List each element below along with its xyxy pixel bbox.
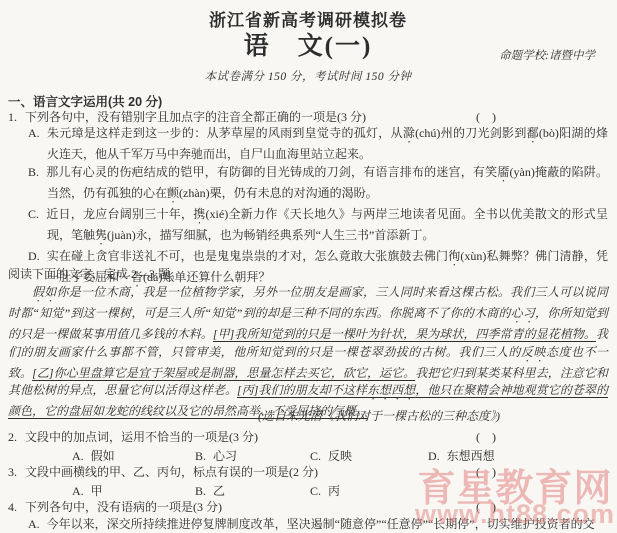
q3-option-a: A.甲 xyxy=(72,482,195,499)
option-b-label: B. xyxy=(28,165,39,179)
paper-subtitle: 本试卷满分 150 分，考试时间 150 分钟 xyxy=(8,68,608,84)
option-b: B.那儿有心灵的伤疤结成的铠甲，有防御的目光铸成的刀剑，有语言排布的迷宫，有笑靥… xyxy=(8,164,608,206)
question-1-stem: 1.下列各句中，没有错别字且加点字的注音全都正确的一项是(3 分) ( ) xyxy=(8,109,608,125)
answer-bracket-q2: ( ) xyxy=(476,429,496,445)
question-4-number: 4. xyxy=(8,500,17,514)
option-c: C.近日，龙应台阔别三十年，携(xié)全新力作《天长地久》与两岸三地读者见面。… xyxy=(8,206,608,248)
q2-option-a-label: A. xyxy=(72,449,84,463)
question-4-options: A.今年以来，深交所持续推进停复牌制度改革，坚决遏制“随意停”“任意停”“长期停… xyxy=(8,516,608,533)
option-c-label: C. xyxy=(28,207,39,221)
school-label: 命题学校:诸暨中学 xyxy=(499,47,595,63)
question-3-stem: 3.文段中画横线的甲、乙、丙句，标点有误的一项是(2 分) ( ) xyxy=(8,464,608,480)
q2-option-d-text: 东想西想 xyxy=(447,449,495,463)
q2-option-d-label: D. xyxy=(428,449,440,463)
answer-bracket-q1: ( ) xyxy=(476,109,496,125)
section-heading: 一、语言文字运用(共 20 分) xyxy=(8,92,608,110)
question-4-text: 下列各句中，没有语病的一项是(3 分) xyxy=(25,500,222,514)
question-3-options: A.甲B.乙C.丙 xyxy=(8,482,608,499)
answer-bracket-q3: ( ) xyxy=(476,464,496,480)
question-2-text: 文段中的加点词，运用不恰当的一项是(3 分) xyxy=(25,430,258,444)
option-b-text: 那儿有心灵的伤疤结成的铠甲，有防御的目光铸成的刀剑，有语言排布的迷宫，有笑靥(y… xyxy=(46,165,608,200)
q3-option-a-label: A. xyxy=(72,484,84,498)
passage-attribution: (选自朱光潜《我们对于一棵古松的三种态度》) xyxy=(8,407,608,424)
question-4-stem: 4.下列各句中，没有语病的一项是(3 分) ( ) xyxy=(8,499,608,515)
option-a: A.朱元璋是这样走到这一步的：从茅草屋的风雨到皇觉寺的孤灯，从滁(chú)州的刀… xyxy=(8,125,608,164)
q4-option-a-text: 今年以来，深交所持续推进停复牌制度改革，坚决遏制“随意停”“任意停”“长期停”，… xyxy=(47,517,595,531)
q3-option-b: B.乙 xyxy=(195,482,310,499)
option-c-text: 近日，龙应台阔别三十年，携(xié)全新力作《天长地久》与两岸三地读者见面。全书… xyxy=(46,207,608,242)
q2-option-a-text: 假如 xyxy=(91,449,115,463)
q3-option-a-text: 甲 xyxy=(91,484,103,498)
question-2-stem: 2.文段中的加点词，运用不恰当的一项是(3 分) ( ) xyxy=(8,429,608,445)
q2-option-d: D.东想西想 xyxy=(428,447,495,464)
q2-option-c-label: C. xyxy=(310,449,321,463)
q4-option-a: A.今年以来，深交所持续推进停复牌制度改革，坚决遏制“随意停”“任意停”“长期停… xyxy=(8,516,608,533)
reading-intro: 阅读下面的文字，完成 2—3 题。 xyxy=(8,265,608,282)
q2-option-a: A.假如 xyxy=(72,447,195,464)
q2-option-b: B.心习 xyxy=(195,447,310,464)
answer-bracket-q4: ( ) xyxy=(476,499,496,515)
question-1-text: 下列各句中，没有错别字且加点字的注音全都正确的一项是(3 分) xyxy=(25,110,366,124)
q2-option-b-label: B. xyxy=(195,449,206,463)
q3-option-c-label: C. xyxy=(310,484,321,498)
question-2-number: 2. xyxy=(8,430,17,444)
question-1-number: 1. xyxy=(8,110,17,124)
question-2-options: A.假如B.心习C.反映D.东想西想 xyxy=(8,447,608,464)
q2-option-b-text: 心习 xyxy=(213,449,237,463)
q3-option-b-text: 乙 xyxy=(213,484,225,498)
exam-paper-page: 浙江省新高考调研模拟卷 语 文(一) 命题学校:诸暨中学 本试卷满分 150 分… xyxy=(0,0,617,533)
q3-option-b-label: B. xyxy=(195,484,206,498)
option-a-label: A. xyxy=(28,126,40,140)
q2-option-c-text: 反映 xyxy=(328,449,352,463)
q3-option-c-text: 丙 xyxy=(328,484,340,498)
q3-option-c: C.丙 xyxy=(310,482,428,499)
question-3-text: 文段中画横线的甲、乙、丙句，标点有误的一项是(2 分) xyxy=(25,465,318,479)
reading-passage: 假如你是一位木商，我是一位植物学家，另外一位朋友是画家，三人同时来看这棵古松。我… xyxy=(8,284,608,421)
option-d-label: D. xyxy=(28,249,40,263)
question-3-number: 3. xyxy=(8,465,17,479)
q4-option-a-label: A. xyxy=(28,517,40,531)
q2-option-c: C.反映 xyxy=(310,447,428,464)
option-a-text: 朱元璋是这样走到这一步的：从茅草屋的风雨到皇觉寺的孤灯，从滁(chú)州的刀光剑… xyxy=(47,126,608,161)
